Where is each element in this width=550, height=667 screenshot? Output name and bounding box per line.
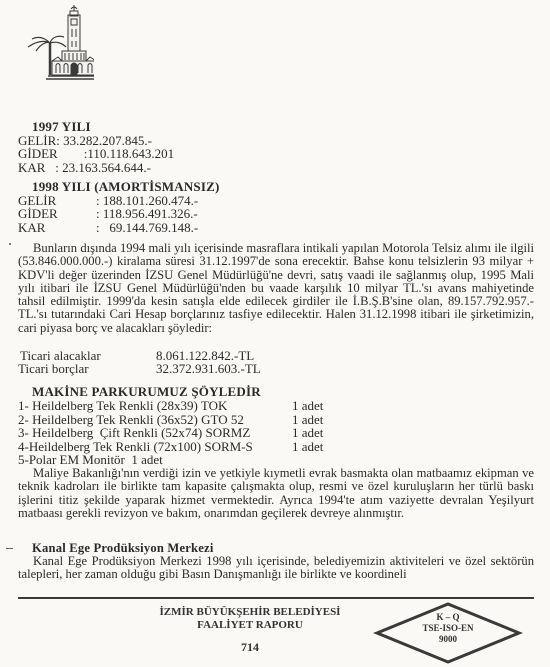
paragraph-printing: Maliye Bakanlığı'nın verdiği izin ve yet…: [18, 467, 534, 520]
footer-title: İZMİR BÜYÜKŞEHİR BELEDİYESİ FAALİYET RAP…: [130, 606, 370, 631]
account-receivable: Ticari alacaklar8.061.122.842.-TL: [18, 349, 538, 362]
machine-item: 4-Heildelberg Tek Renkli (72x100) SORM-S…: [18, 440, 538, 454]
footer-report: FAALİYET RAPORU: [130, 619, 370, 632]
fin-1998-section: 1998 YILI (AMORTİSMANSIZ) GELİR: 188.101…: [18, 180, 538, 234]
machine-item: 1- Heildelberg Tek Renkli (28x39) TOK1 a…: [18, 399, 538, 413]
scan-speck: [9, 243, 11, 245]
fin-1998-kar: KAR: 69.144.769.148.-: [18, 221, 538, 234]
fin-1997-section: 1997 YILI GELİR: 33.282.207.845.- GİDER …: [18, 120, 538, 174]
clock-tower-icon: [22, 3, 94, 83]
fin-1998-heading: 1998 YILI (AMORTİSMANSIZ): [18, 180, 538, 194]
account-payable: Ticari borçlar32.372.931.603.-TL: [18, 362, 538, 375]
footer-org: İZMİR BÜYÜKŞEHİR BELEDİYESİ: [130, 606, 370, 619]
paragraph-motorola: Bunların dışında 1994 mali yılı içerisin…: [18, 242, 534, 335]
fin-1997-gider: GİDER :110.118.643.201: [18, 147, 538, 160]
kanal-ege-section: Kanal Ege Prodüksiyon Merkezi Kanal Ege …: [18, 541, 534, 582]
machines-section: MAKİNE PARKURUMUZ ŞÖYLEDİR 1- Heildelber…: [18, 385, 538, 467]
machine-item-last: 5-Polar EM Monitör 1 adet: [18, 453, 538, 467]
page-number: 714: [130, 640, 370, 655]
machine-item: 3- Heildelberg Çift Renkli (52x74) SORMZ…: [18, 426, 538, 440]
machines-heading: MAKİNE PARKURUMUZ ŞÖYLEDİR: [18, 385, 538, 399]
fin-1997-gelir: GELİR: 33.282.207.845.-: [18, 134, 538, 147]
machine-item: 2- Heildelberg Tek Renkli (36x52) GTO 52…: [18, 413, 538, 427]
footer-divider: [18, 597, 534, 599]
scan-mark: [6, 548, 13, 549]
fin-1998-gider: GİDER: 118.956.491.326.-: [18, 207, 538, 220]
fin-1997-heading: 1997 YILI: [18, 120, 538, 134]
kanal-ege-heading: Kanal Ege Prodüksiyon Merkezi: [18, 541, 534, 555]
fin-1998-gelir: GELİR: 188.101.260.474.-: [18, 194, 538, 207]
certification-text: K – Q TSE-ISO-EN 9000: [373, 612, 523, 645]
fin-1997-kar: KAR : 23.163.564.644.-: [18, 161, 538, 174]
accounts-list: Ticari alacaklar8.061.122.842.-TL Ticari…: [18, 349, 538, 376]
kanal-ege-text: Kanal Ege Prodüksiyon Merkezi 1998 yılı …: [18, 555, 534, 582]
